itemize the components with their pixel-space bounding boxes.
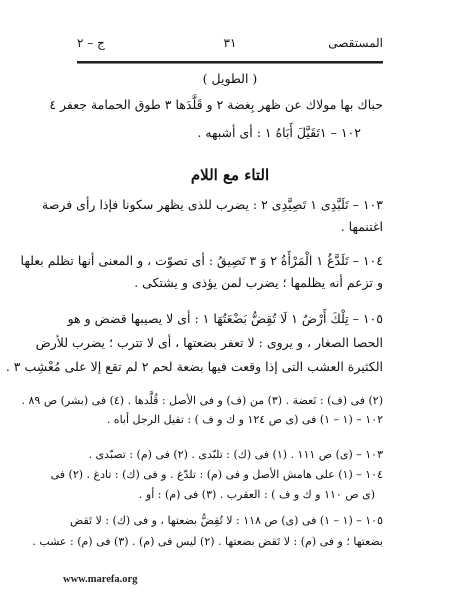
meter-label: ( الطويل ) (77, 70, 383, 88)
entry-104-line-1: ١٠٤ – تَلَدَّغُ ١ الْمَرْأَةُ ٢ وَ ٣ تَص… (77, 252, 383, 270)
header-rule (77, 61, 383, 64)
footnote-line-3: ١٠٣ – (ى) ص ١١١ . (١) فى (ك) : تلبّدى . … (77, 446, 383, 464)
entry-105-line-3: الكثيرة العشب التى إذا وقعت فيها بضعة لح… (77, 358, 383, 376)
footnote-line-2: ١٠٢ – (١ – ١) فى (ى ص ١٢٤ و ك و ف ) : تق… (77, 411, 383, 429)
running-header: المستقصى ٣١ ج – ٢ (77, 36, 383, 56)
entry-102: ١٠٢ – ١تَقَيَّلَ أَبَاهُ ١ : أى أشبهه . (77, 124, 383, 142)
watermark-url: www.marefa.org (63, 574, 137, 585)
entry-103-line-2: اغتنمها . (77, 218, 383, 236)
footnote-line-4: ١٠٤ – (١) على هامش الأصل و فى (م) : تلدّ… (77, 466, 383, 484)
footnote-line-5: (ى ص ١١٠ و ك و ف ) : العقرب . (٣) فى (م)… (77, 486, 383, 504)
footnote-line-7: بضعتها ؛ و فى (م) : لا تَقض بضعتها . (٢)… (77, 533, 383, 551)
book-title: المستقصى (328, 36, 383, 50)
entry-104-line-2: و تزعم أنه يظلمها ؛ يضرب لمن يؤذى و يشتك… (77, 274, 383, 292)
verse-line: حباك بها مولاك عن ظهر بِغضة ٢ و قَلَّدَه… (77, 96, 383, 114)
section-title: التاء مع اللام (77, 166, 383, 184)
entry-105-line-2: الحصا الصغار ، و يروى : لا تعفر بضعتها ،… (77, 334, 383, 352)
entry-105-line-1: ١٠٥ – تِلْكَ أَرْضٌ ١ لَا تُقِضُّ بَضْعَ… (77, 310, 383, 328)
footnote-line-1: (٢) فى (ف) : نَعضة . (٣) من (ف) و فى الأ… (77, 392, 383, 410)
volume-label: ج – ٢ (77, 36, 105, 50)
footnote-line-6: ١٠٥ – (١ – ١) فى (ى) ص ١١٨ : لا تُقِضُّ … (77, 512, 383, 530)
entry-103-line-1: ١٠٣ – تَلَبَّدِى ١ تَصِيَّدِى ٢ : يضرب ل… (77, 196, 383, 214)
page-number: ٣١ (224, 36, 237, 50)
scanned-page: المستقصى ٣١ ج – ٢ ( الطويل ) حباك بها مو… (0, 0, 463, 599)
